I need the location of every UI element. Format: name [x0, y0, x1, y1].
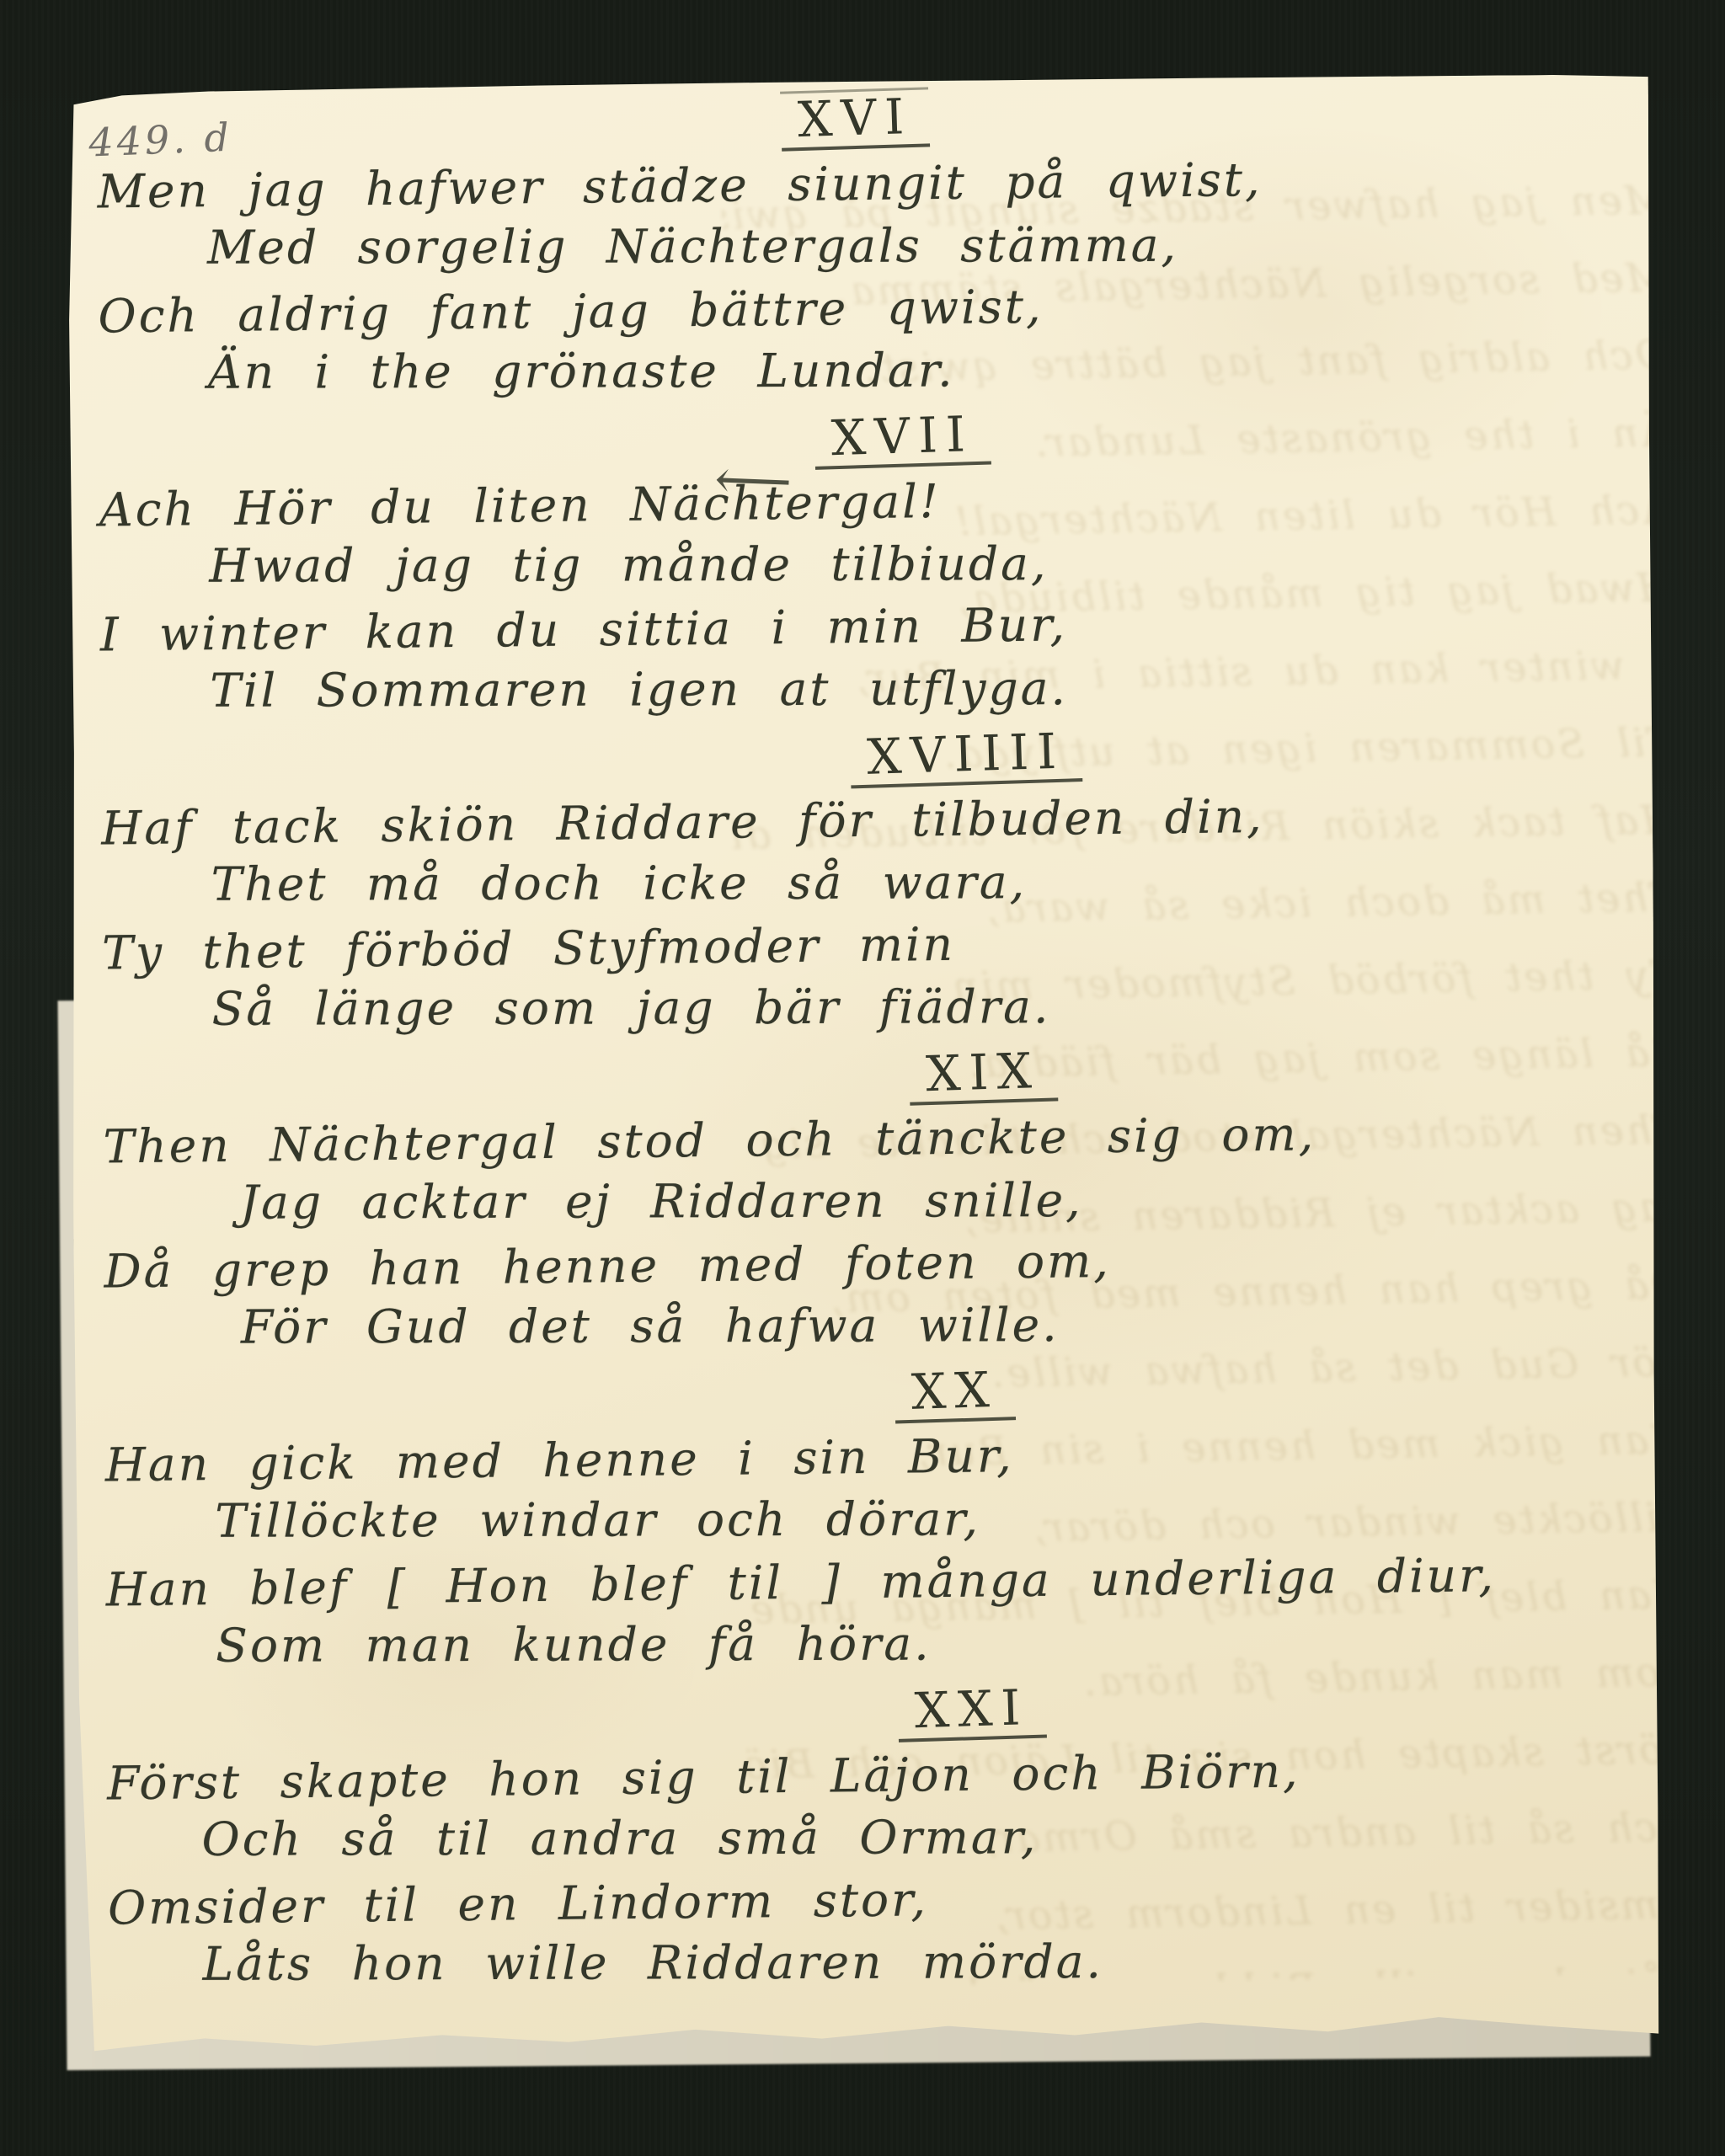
poem-text: XVI Men jag hafwer städze siungit på qwi… [90, 76, 1632, 1998]
stanza-xx: XX Han gick med henne i sin Bur, Tillöck… [98, 1360, 1629, 1679]
poem-line: Thet må doch icke så wara, [211, 849, 1625, 915]
stanza-xvi: XVI Men jag hafwer städze siungit på qwi… [90, 84, 1621, 406]
poem-line: Til Sommaren igen at utflyga. [210, 655, 1623, 721]
poem-line: I winter kan du sittia i min Bur, [99, 588, 1623, 666]
stanza-xxi: XXI Först skapte hon sig til Läjon och B… [100, 1678, 1632, 1998]
poem-line: Haf tack skiön Riddare för tilbuden din, [101, 782, 1625, 860]
poem-line: Han blef [ Hon blef til ] många underlig… [105, 1543, 1629, 1621]
poem-line: Ty thet förböd Styfmoder min [102, 906, 1626, 985]
poem-line: Omsider til en Lindorm stor, [108, 1861, 1632, 1940]
poem-line: Men jag hafwer städze siungit på qwist, [97, 145, 1621, 223]
stanza-number: XX [894, 1363, 1016, 1423]
poem-line: Ach Hör du liten Nächtergal! [99, 463, 1623, 542]
manuscript-page: Men jag hafwer städze siungit på qwist,M… [67, 74, 1660, 2052]
poem-line: Som man kunde få höra. [216, 1610, 1629, 1676]
poem-line: Med sorgelig Nächtergals stämma, [207, 212, 1621, 278]
stanza-number: XVI [780, 87, 930, 151]
stanza-number: XIX [909, 1043, 1058, 1105]
poem-line: Han gick med henne i sin Bur, [105, 1418, 1629, 1497]
poem-line: Så länge som jag bär fiädra. [211, 974, 1625, 1039]
poem-line: Jag acktar ej Riddaren snille, [240, 1167, 1626, 1233]
stanza-xvii: XVII ⟵ Ach Hör du liten Nächtergal! Hwad… [92, 405, 1623, 724]
stanza-xviii: XVIIII Haf tack skiön Riddare för tilbud… [94, 723, 1626, 1043]
poem-line: Då grep han henne med foten om, [104, 1225, 1627, 1303]
photograph-background: Men jag hafwer städze siungit på qwist,M… [0, 0, 1725, 2156]
poem-line: Och så til andra små Ormar, [202, 1804, 1631, 1870]
poem-line: Låts hon wille Riddaren mörda. [202, 1929, 1631, 1994]
stanza-number: XVII ⟵ [814, 408, 991, 470]
poem-line: Först skapte hon sig til Läjon och Biörn… [107, 1737, 1631, 1815]
poem-line: Än i the grönaste Lundar. [208, 337, 1621, 403]
poem-line: Tillöckte windar och dörar, [215, 1486, 1628, 1551]
stanza-number: XXI [897, 1681, 1046, 1742]
stanza-xix: XIX Then Nächtergal stod och tänckte sig… [96, 1042, 1627, 1361]
poem-line: Then Nächtergal stod och tänckte sig om, [103, 1100, 1626, 1178]
poem-line: Och aldrig fant jag bättre qwist, [98, 269, 1621, 348]
poem-line: Hwad jag tig månde tilbiuda, [209, 531, 1622, 596]
stanza-number: XVIIII [849, 724, 1082, 788]
poem-line: För Gud det så hafwa wille. [241, 1292, 1627, 1358]
